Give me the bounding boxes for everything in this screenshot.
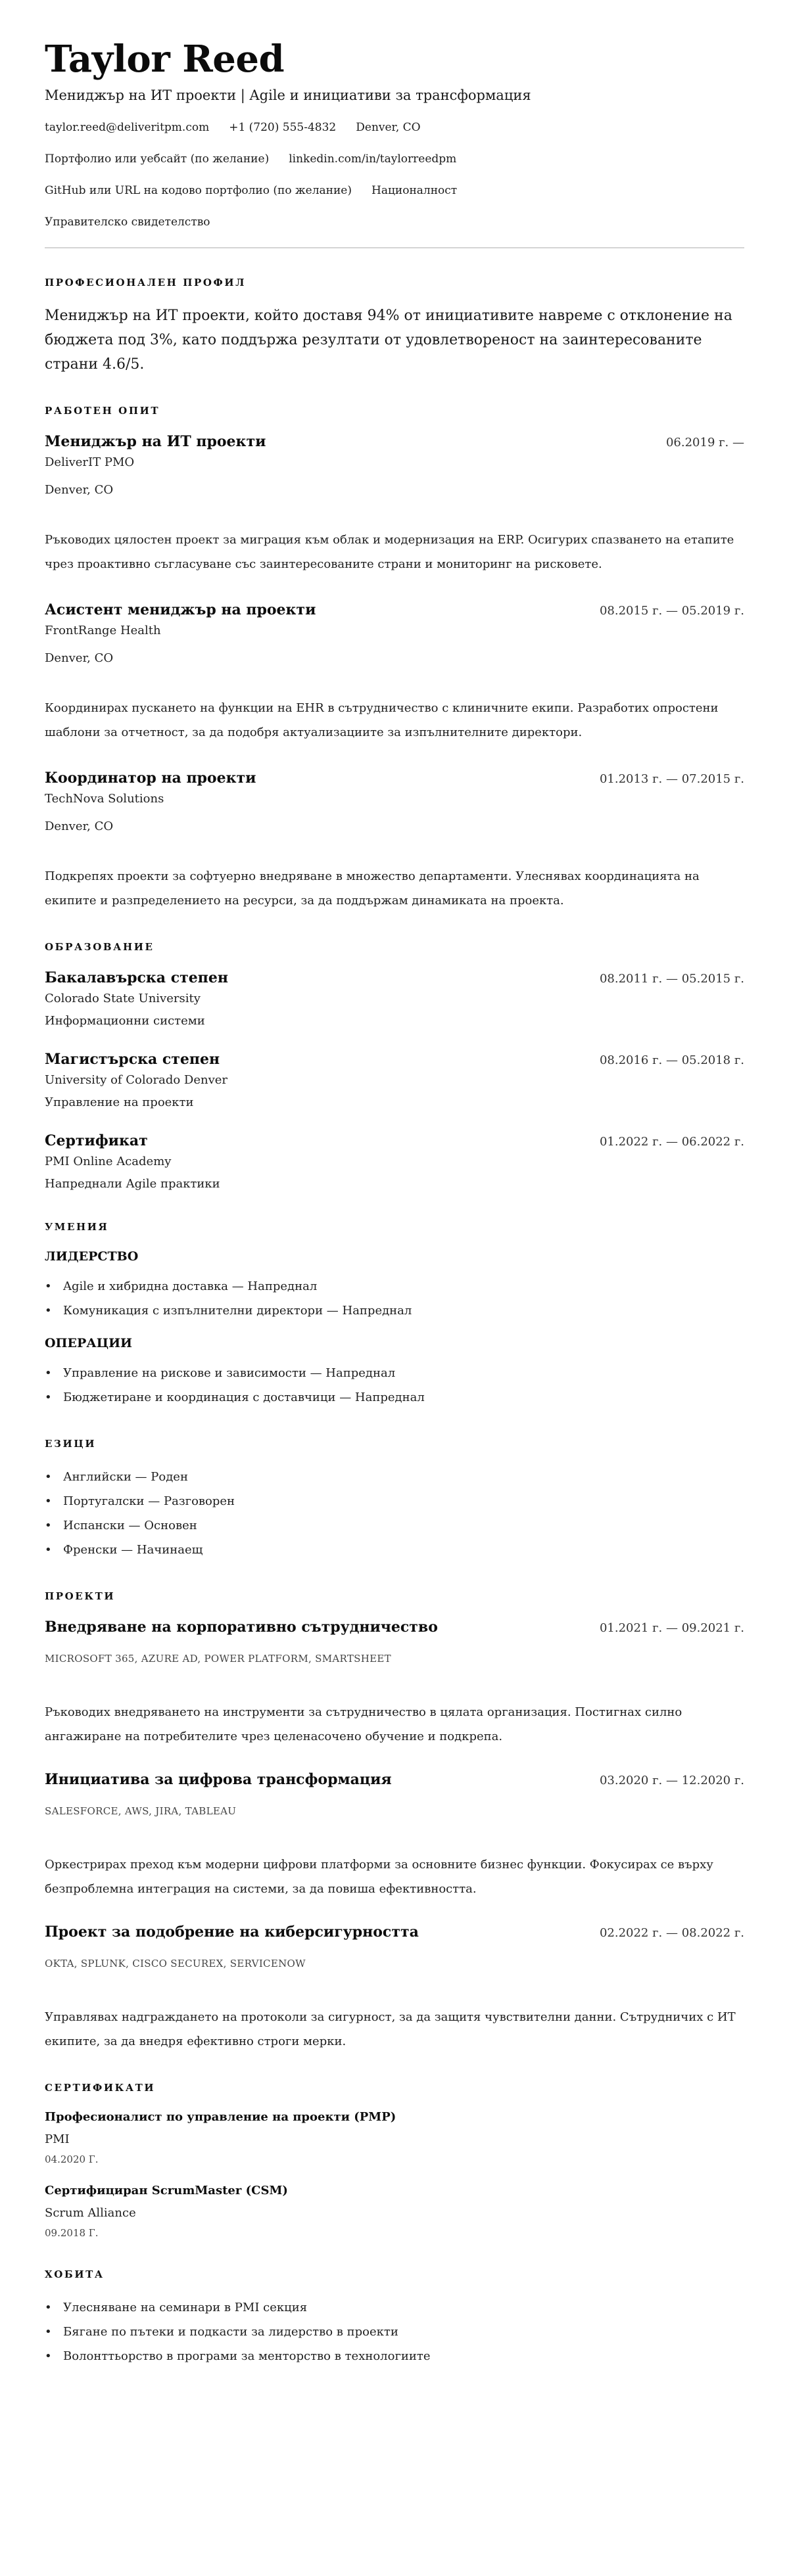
skill-item: Agile и хибридна доставка — Напреднал [45,1274,744,1299]
project-description: Управлявах надграждането на протоколи за… [45,2005,744,2054]
contact-line-4: Управителско свидетелство [45,214,744,230]
certification-name: Сертифициран ScrumMaster (CSM) [45,2182,744,2199]
certification-date: 04.2020 г. [45,2152,744,2167]
hobby-item: Бягане по пътеки и подкасти за лидерство… [45,2320,744,2344]
education-entry: Магистърска степен08.2016 г. — 05.2018 г… [45,1049,744,1111]
education-list: Бакалавърска степен08.2011 г. — 05.2015 … [45,968,744,1193]
contact-line-3: GitHub или URL на кодово портфолио (по ж… [45,183,744,198]
job-dates: 01.2013 г. — 07.2015 г. [600,770,744,789]
experience-list: Мениджър на ИТ проекти06.2019 г. —Delive… [45,432,744,913]
education-entry: Бакалавърска степен08.2011 г. — 05.2015 … [45,968,744,1030]
entry-header: Сертификат01.2022 г. — 06.2022 г. [45,1131,744,1152]
skill-group-list: Управление на рискове и зависимости — На… [45,1361,744,1410]
job-dates: 06.2019 г. — [666,433,744,453]
certifications-section: Сертификати Професионалист по управление… [45,2081,744,2240]
skill-group-title: ЛИДЕРСТВО [45,1248,744,1265]
candidate-name: Taylor Reed [45,35,744,83]
certification-entry: Професионалист по управление на проекти … [45,2109,744,2167]
skill-item: Управление на рискове и зависимости — На… [45,1361,744,1385]
section-title-projects: Проекти [45,1590,744,1603]
hobby-item: Волонттьорство в програми за менторство … [45,2344,744,2368]
company-name: FrontRange Health [45,622,744,639]
field-of-study: Напреднали Agile практики [45,1176,744,1193]
language-item: Испански — Основен [45,1513,744,1538]
certification-date: 09.2018 г. [45,2226,744,2240]
company-name: DeliverIT PMO [45,454,744,471]
entry-header: Внедряване на корпоративно сътрудничеств… [45,1617,744,1638]
project-title: Инициатива за цифрова трансформация [45,1770,392,1789]
education-dates: 08.2011 г. — 05.2015 г. [600,969,744,989]
field-of-study: Информационни системи [45,1013,744,1030]
projects-section: Проекти Внедряване на корпоративно сътру… [45,1590,744,2054]
section-title-certifications: Сертификати [45,2081,744,2094]
section-title-languages: Езици [45,1437,744,1450]
project-description: Ръководих внедряването на инструменти за… [45,1700,744,1749]
project-tech-stack: Okta, Splunk, Cisco SecureX, ServiceNow [45,1956,744,1971]
degree-title: Сертификат [45,1131,148,1151]
section-title-skills: Умения [45,1220,744,1233]
education-entry: Сертификат01.2022 г. — 06.2022 г.PMI Onl… [45,1131,744,1193]
portfolio-link[interactable]: Портфолио или уебсайт (по желание) [45,152,269,166]
job-location: Denver, CO [45,482,744,499]
job-title: Мениджър на ИТ проекти [45,432,266,451]
languages-section: Езици Английски — РоденПортугалски — Раз… [45,1437,744,1562]
project-tech-stack: Microsoft 365, Azure AD, Power Platform,… [45,1651,744,1666]
entry-header: Проект за подобрение на киберсигурността… [45,1922,744,1943]
project-dates: 03.2020 г. — 12.2020 г. [600,1771,744,1791]
entry-header: Мениджър на ИТ проекти06.2019 г. — [45,432,744,453]
language-item: Португалски — Разговорен [45,1489,744,1513]
project-dates: 02.2022 г. — 08.2022 г. [600,1923,744,1943]
company-name: TechNova Solutions [45,791,744,808]
entry-header: Координатор на проекти01.2013 г. — 07.20… [45,768,744,789]
drivers-license: Управителско свидетелство [45,216,210,229]
entry-header: Магистърска степен08.2016 г. — 05.2018 г… [45,1049,744,1070]
job-description: Координирах пускането на функции на EHR … [45,696,744,745]
skill-item: Бюджетиране и координация с доставчици —… [45,1385,744,1410]
job-description: Подкрепях проекти за софтуерно внедряван… [45,864,744,913]
experience-section: Работен опит Мениджър на ИТ проекти06.20… [45,404,744,913]
languages-list: Английски — РоденПортугалски — Разговоре… [45,1465,744,1562]
entry-header: Инициатива за цифрова трансформация03.20… [45,1770,744,1791]
certification-entry: Сертифициран ScrumMaster (CSM)Scrum Alli… [45,2182,744,2240]
project-tech-stack: Salesforce, AWS, Jira, Tableau [45,1804,744,1818]
degree-title: Магистърска степен [45,1049,220,1069]
skill-group-title: ОПЕРАЦИИ [45,1335,744,1352]
project-entry: Внедряване на корпоративно сътрудничеств… [45,1617,744,1749]
phone-number: +1 (720) 555-4832 [229,121,336,134]
education-dates: 01.2022 г. — 06.2022 г. [600,1132,744,1152]
certification-name: Професионалист по управление на проекти … [45,2109,744,2126]
degree-title: Бакалавърска степен [45,968,228,988]
project-dates: 01.2021 г. — 09.2021 г. [600,1619,744,1638]
nationality: Националност [371,184,457,197]
education-dates: 08.2016 г. — 05.2018 г. [600,1051,744,1070]
experience-entry: Мениджър на ИТ проекти06.2019 г. —Delive… [45,432,744,576]
job-dates: 08.2015 г. — 05.2019 г. [600,601,744,621]
job-location: Denver, CO [45,818,744,835]
school-name: University of Colorado Denver [45,1072,744,1089]
experience-entry: Асистент мениджър на проекти08.2015 г. —… [45,600,744,745]
certification-issuer: Scrum Alliance [45,2205,744,2222]
project-title: Проект за подобрение на киберсигурността [45,1922,419,1942]
language-item: Английски — Роден [45,1465,744,1489]
section-title-education: Образование [45,940,744,954]
skills-list: ЛИДЕРСТВОAgile и хибридна доставка — Нап… [45,1248,744,1410]
experience-entry: Координатор на проекти01.2013 г. — 07.20… [45,768,744,913]
summary-text: Мениджър на ИТ проекти, който доставя 94… [45,304,744,377]
field-of-study: Управление на проекти [45,1094,744,1111]
certification-issuer: PMI [45,2131,744,2148]
project-entry: Проект за подобрение на киберсигурността… [45,1922,744,2054]
hobbies-list: Улесняване на семинари в PMI секцияБяган… [45,2295,744,2368]
section-title-hobbies: Хобита [45,2268,744,2281]
skill-group-list: Agile и хибридна доставка — НапредналКом… [45,1274,744,1323]
school-name: Colorado State University [45,990,744,1007]
job-title: Координатор на проекти [45,768,256,788]
job-location: Denver, CO [45,650,744,667]
job-title: Асистент мениджър на проекти [45,600,316,620]
education-section: Образование Бакалавърска степен08.2011 г… [45,940,744,1193]
entry-header: Бакалавърска степен08.2011 г. — 05.2015 … [45,968,744,989]
github-link[interactable]: GitHub или URL на кодово портфолио (по ж… [45,184,352,197]
skills-section: Умения ЛИДЕРСТВОAgile и хибридна доставк… [45,1220,744,1410]
resume-page: Taylor Reed Мениджър на ИТ проекти | Agi… [0,0,789,2420]
hobbies-section: Хобита Улесняване на семинари в PMI секц… [45,2268,744,2368]
candidate-headline: Мениджър на ИТ проекти | Agile и инициат… [45,85,744,105]
contact-line-1: taylor.reed@deliveritpm.com+1 (720) 555-… [45,120,744,135]
certifications-list: Професионалист по управление на проекти … [45,2109,744,2240]
school-name: PMI Online Academy [45,1153,744,1170]
contact-line-2: Портфолио или уебсайт (по желание)linked… [45,151,744,167]
skill-item: Комуникация с изпълнителни директори — Н… [45,1299,744,1323]
job-description: Ръководих цялостен проект за миграция къ… [45,528,744,576]
projects-list: Внедряване на корпоративно сътрудничеств… [45,1617,744,2054]
header-divider [45,247,744,248]
contact-info: taylor.reed@deliveritpm.com+1 (720) 555-… [45,120,744,230]
hobby-item: Улесняване на семинари в PMI секция [45,2295,744,2320]
language-item: Френски — Начинаещ [45,1538,744,1562]
entry-header: Асистент мениджър на проекти08.2015 г. —… [45,600,744,621]
resume-header: Taylor Reed Мениджър на ИТ проекти | Agi… [45,35,744,248]
project-title: Внедряване на корпоративно сътрудничеств… [45,1617,438,1637]
email-link[interactable]: taylor.reed@deliveritpm.com [45,121,209,134]
linkedin-link[interactable]: linkedin.com/in/taylorreedpm [289,152,456,166]
project-description: Оркестрирах преход към модерни цифрови п… [45,1852,744,1901]
section-title-summary: Професионален профил [45,276,744,289]
summary-section: Професионален профил Мениджър на ИТ прое… [45,276,744,377]
project-entry: Инициатива за цифрова трансформация03.20… [45,1770,744,1901]
section-title-experience: Работен опит [45,404,744,417]
location: Denver, CO [356,121,420,134]
